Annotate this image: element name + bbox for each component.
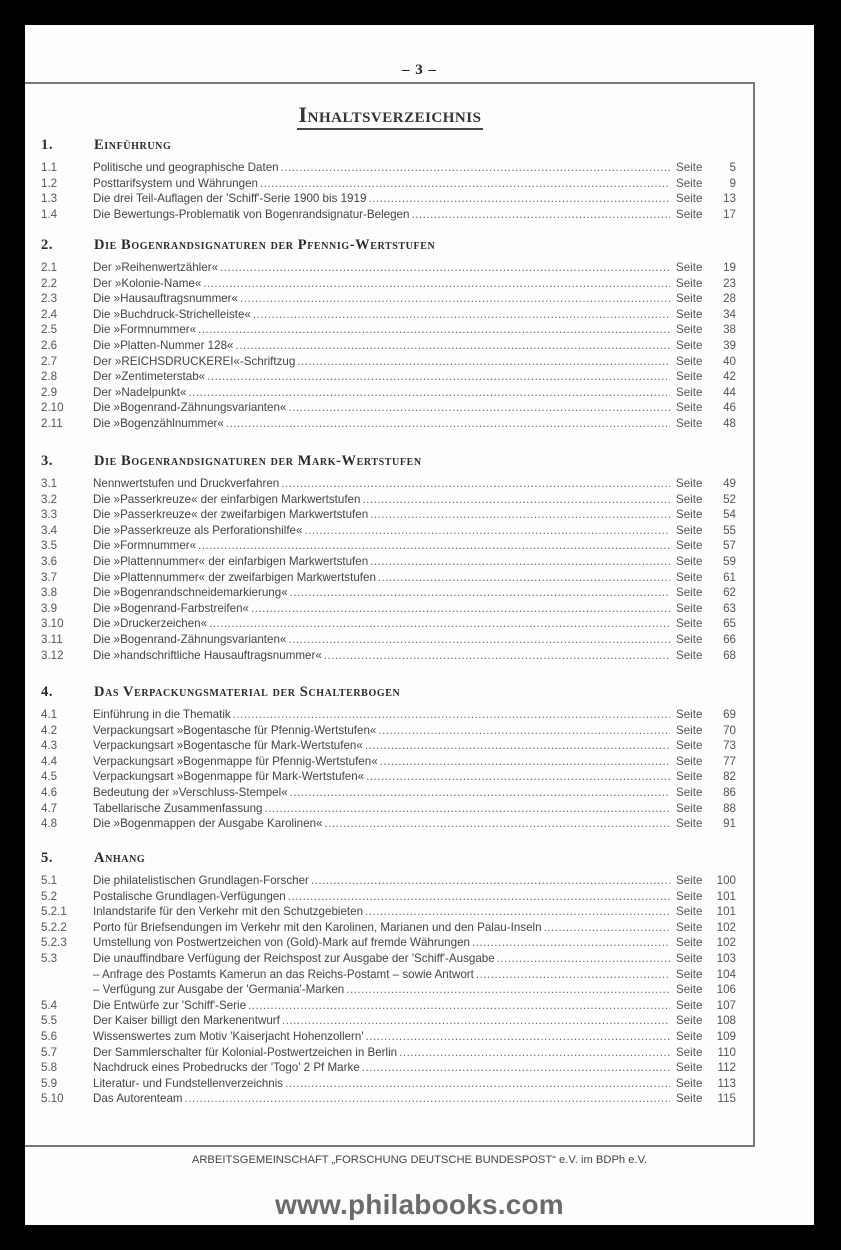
- toc-entry: 5.2.2Porto für Briefsendungen im Verkehr…: [41, 921, 736, 937]
- entry-number: 2.9: [41, 386, 93, 399]
- toc-entry: 4.4Verpackungsart »Bogenmappe für Pfenni…: [41, 755, 736, 771]
- entry-title: Die Bewertungs-Problematik von Bogenrand…: [93, 208, 409, 221]
- entry-page-number: 44: [710, 386, 736, 399]
- entry-title: Tabellarische Zusammenfassung: [93, 802, 262, 815]
- dot-leader: [264, 802, 670, 815]
- dot-leader: [365, 739, 670, 752]
- entry-number: 3.12: [41, 649, 93, 662]
- toc-entry: 3.2Die »Passerkreuze« der einfarbigen Ma…: [41, 493, 736, 509]
- entry-number: 5.2: [41, 890, 93, 903]
- toc-section: 2.Die Bogenrandsignaturen der Pfennig-We…: [41, 237, 736, 433]
- dot-leader: [544, 921, 670, 934]
- entry-title: Die »Buchdruck-Strichelleiste«: [93, 308, 251, 321]
- entry-number: 5.5: [41, 1014, 93, 1027]
- entry-number: 5.10: [41, 1092, 93, 1105]
- section-heading: 1.Einführung: [41, 137, 736, 161]
- toc-entry: 2.2Der »Kolonie-Name«Seite23: [41, 277, 736, 293]
- entry-title: Die »Formnummer«: [93, 539, 196, 552]
- page-label: Seite: [676, 999, 710, 1012]
- entry-page-number: 46: [710, 401, 736, 414]
- entry-title: Der »Zentimeterstab«: [93, 370, 205, 383]
- section-title: Die Bogenrandsignaturen der Pfennig-Wert…: [94, 237, 435, 254]
- section-number: 2.: [41, 237, 94, 254]
- page-label: Seite: [676, 1014, 710, 1027]
- entry-number: 2.7: [41, 355, 93, 368]
- page-label: Seite: [676, 1030, 710, 1043]
- toc-entry: 3.12Die »handschriftliche Hausauftragsnu…: [41, 649, 736, 665]
- entry-title: – Anfrage des Postamts Kamerun an das Re…: [93, 968, 474, 981]
- page-label: Seite: [676, 802, 710, 815]
- page-label: Seite: [676, 508, 710, 521]
- entry-title: Die drei Teil-Auflagen der 'Schiff'-Seri…: [93, 192, 366, 205]
- entry-title: Die »Platten-Nummer 128«: [93, 339, 233, 352]
- entry-number: 4.6: [41, 786, 93, 799]
- entry-title: Der Sammlerschalter für Kolonial-Postwer…: [93, 1046, 397, 1059]
- dot-leader: [253, 308, 670, 321]
- entry-title: Verpackungsart »Bogentasche für Mark-Wer…: [93, 739, 363, 752]
- toc-entry: 2.5Die »Formnummer«Seite38: [41, 323, 736, 339]
- page-label: Seite: [676, 1046, 710, 1059]
- entry-title: Die »Plattennummer« der einfarbigen Mark…: [93, 555, 368, 568]
- toc-entry: 1.4Die Bewertungs-Problematik von Bogenr…: [41, 208, 736, 224]
- dot-leader: [366, 770, 670, 783]
- entry-number: 4.2: [41, 724, 93, 737]
- page-label: Seite: [676, 936, 710, 949]
- entry-page-number: 40: [710, 355, 736, 368]
- page-number: – 3 –: [25, 62, 814, 79]
- entry-page-number: 115: [710, 1092, 736, 1105]
- page-label: Seite: [676, 770, 710, 783]
- entry-title: Die philatelistischen Grundlagen-Forsche…: [93, 874, 309, 887]
- entry-title: Die »Bogenrand-Farbstreifen«: [93, 602, 249, 615]
- entry-title: Das Autorenteam: [93, 1092, 183, 1105]
- entry-number: 5.7: [41, 1046, 93, 1059]
- dot-leader: [324, 817, 670, 830]
- toc-entry: 5.8Nachdruck eines Probedrucks der 'Togo…: [41, 1061, 736, 1077]
- entry-page-number: 19: [710, 261, 736, 274]
- section-title: Einführung: [94, 137, 171, 154]
- entry-title: Wissenswertes zum Motiv 'Kaiserjacht Hoh…: [93, 1030, 364, 1043]
- entry-title: Die »Passerkreuze als Perforationshilfe«: [93, 524, 302, 537]
- toc-entry: 2.6Die »Platten-Nummer 128«Seite39: [41, 339, 736, 355]
- entry-title: Porto für Briefsendungen im Verkehr mit …: [93, 921, 542, 934]
- dot-leader: [346, 983, 670, 996]
- toc-entry: 4.6Bedeutung der »Verschluss-Stempel«Sei…: [41, 786, 736, 802]
- page-label: Seite: [676, 177, 710, 190]
- dot-leader: [297, 355, 670, 368]
- entry-page-number: 88: [710, 802, 736, 815]
- entry-number: 5.6: [41, 1030, 93, 1043]
- dot-leader: [380, 755, 670, 768]
- dot-leader: [185, 1092, 670, 1105]
- page-label: Seite: [676, 386, 710, 399]
- toc-entry: 5.7Der Sammlerschalter für Kolonial-Post…: [41, 1046, 736, 1062]
- toc-entry: – Anfrage des Postamts Kamerun an das Re…: [41, 968, 736, 984]
- page-label: Seite: [676, 401, 710, 414]
- entry-title: Die »Hausauftragsnummer«: [93, 292, 238, 305]
- entry-title: Der »Reihenwertzähler«: [93, 261, 218, 274]
- entry-number: 5.3: [41, 952, 93, 965]
- entry-page-number: 106: [710, 983, 736, 996]
- entry-number: 2.5: [41, 323, 93, 336]
- entry-number: 5.2.1: [41, 905, 93, 918]
- page-label: Seite: [676, 905, 710, 918]
- dot-leader: [281, 477, 670, 490]
- page-label: Seite: [676, 277, 710, 290]
- entry-number: 4.1: [41, 708, 93, 721]
- dot-leader: [368, 192, 670, 205]
- entry-page-number: 112: [710, 1061, 736, 1074]
- dot-leader: [251, 602, 670, 615]
- toc-entry: 2.10Die »Bogenrand-Zähnungsvarianten«Sei…: [41, 401, 736, 417]
- page-label: Seite: [676, 161, 710, 174]
- toc-entry: 3.6Die »Plattennummer« der einfarbigen M…: [41, 555, 736, 571]
- toc-entry: 3.7Die »Plattennummer« der zweifarbigen …: [41, 571, 736, 587]
- entry-page-number: 69: [710, 708, 736, 721]
- toc-entry: 5.2.3Umstellung von Postwertzeichen von …: [41, 936, 736, 952]
- entry-page-number: 101: [710, 905, 736, 918]
- toc-section: 3.Die Bogenrandsignaturen der Mark-Werts…: [41, 453, 736, 664]
- entry-title: Umstellung von Postwertzeichen von (Gold…: [93, 936, 470, 949]
- entry-page-number: 107: [710, 999, 736, 1012]
- section-heading: 2.Die Bogenrandsignaturen der Pfennig-We…: [41, 237, 736, 261]
- toc-entry: 2.9Der »Nadelpunkt«Seite44: [41, 386, 736, 402]
- entry-page-number: 70: [710, 724, 736, 737]
- section-number: 1.: [41, 137, 94, 154]
- entry-number: 3.5: [41, 539, 93, 552]
- entry-page-number: 59: [710, 555, 736, 568]
- page-label: Seite: [676, 192, 710, 205]
- section-number: 3.: [41, 453, 94, 470]
- dot-leader: [304, 524, 670, 537]
- entry-page-number: 5: [710, 161, 736, 174]
- entry-page-number: 110: [710, 1046, 736, 1059]
- entry-page-number: 102: [710, 936, 736, 949]
- page-label: Seite: [676, 1092, 710, 1105]
- dot-leader: [378, 571, 670, 584]
- entry-page-number: 66: [710, 633, 736, 646]
- toc-entry: 1.3Die drei Teil-Auflagen der 'Schiff'-S…: [41, 192, 736, 208]
- page-label: Seite: [676, 724, 710, 737]
- toc-entry: 5.5Der Kaiser billigt den MarkenentwurfS…: [41, 1014, 736, 1030]
- entry-title: Der »Nadelpunkt«: [93, 386, 186, 399]
- entry-title: Postalische Grundlagen-Verfügungen: [93, 890, 286, 903]
- dot-leader: [233, 708, 670, 721]
- entry-number: 2.2: [41, 277, 93, 290]
- entry-title: Verpackungsart »Bogentasche für Pfennig-…: [93, 724, 376, 737]
- section-number: 5.: [41, 850, 94, 867]
- page-label: Seite: [676, 786, 710, 799]
- dot-leader: [220, 261, 670, 274]
- page-title-text: Inhaltsverzeichnis: [297, 102, 484, 130]
- page-label: Seite: [676, 339, 710, 352]
- dot-leader: [399, 1046, 670, 1059]
- website-watermark: www.philabooks.com: [25, 1189, 814, 1221]
- entry-number: 5.2.3: [41, 936, 93, 949]
- entry-page-number: 42: [710, 370, 736, 383]
- dot-leader: [282, 1014, 670, 1027]
- page-label: Seite: [676, 586, 710, 599]
- toc-section: 4.Das Verpackungsmaterial der Schalterbo…: [41, 684, 736, 833]
- toc-entry: 2.8Der »Zentimeterstab«Seite42: [41, 370, 736, 386]
- entry-number: 5.1: [41, 874, 93, 887]
- toc-section: 5.Anhang5.1Die philatelistischen Grundla…: [41, 850, 736, 1108]
- entry-title: Der »Kolonie-Name«: [93, 277, 201, 290]
- toc-entry: 3.3Die »Passerkreuze« der zweifarbigen M…: [41, 508, 736, 524]
- page-label: Seite: [676, 755, 710, 768]
- dot-leader: [226, 417, 670, 430]
- toc-entry: 3.1Nennwertstufen und DruckverfahrenSeit…: [41, 477, 736, 493]
- entry-title: Die »Plattennummer« der zweifarbigen Mar…: [93, 571, 376, 584]
- entry-number: 5.4: [41, 999, 93, 1012]
- section-number: 4.: [41, 684, 94, 701]
- dot-leader: [472, 936, 670, 949]
- toc-entry: 2.1Der »Reihenwertzähler«Seite19: [41, 261, 736, 277]
- dot-leader: [198, 539, 670, 552]
- entry-title: Einführung in die Thematik: [93, 708, 231, 721]
- page-label: Seite: [676, 1077, 710, 1090]
- toc-entry: 4.5Verpackungsart »Bogenmappe für Mark-W…: [41, 770, 736, 786]
- dot-leader: [198, 323, 670, 336]
- entry-title: Die »Druckerzeichen«: [93, 617, 207, 630]
- dot-leader: [311, 874, 670, 887]
- dot-leader: [285, 1077, 670, 1090]
- entry-page-number: 103: [710, 952, 736, 965]
- entry-title: Die »Bogenmappen der Ausgabe Karolinen«: [93, 817, 322, 830]
- toc-entry: 4.1Einführung in die ThematikSeite69: [41, 708, 736, 724]
- dot-leader: [260, 177, 670, 190]
- page-label: Seite: [676, 708, 710, 721]
- entry-title: Inlandstarife für den Verkehr mit den Sc…: [93, 905, 363, 918]
- entry-number: 2.11: [41, 417, 93, 430]
- entry-page-number: 57: [710, 539, 736, 552]
- dot-leader: [362, 1061, 670, 1074]
- toc-entry: 4.8Die »Bogenmappen der Ausgabe Karoline…: [41, 817, 736, 833]
- toc-entry: 2.4Die »Buchdruck-Strichelleiste«Seite34: [41, 308, 736, 324]
- entry-title: Die »Bogenrand-Zähnungsvarianten«: [93, 633, 286, 646]
- toc-entry: 1.2Posttarifsystem und WährungenSeite9: [41, 177, 736, 193]
- entry-title: Verpackungsart »Bogenmappe für Pfennig-W…: [93, 755, 378, 768]
- entry-number: 5.2.2: [41, 921, 93, 934]
- page-label: Seite: [676, 493, 710, 506]
- entry-page-number: 82: [710, 770, 736, 783]
- page-label: Seite: [676, 739, 710, 752]
- entry-number: 4.4: [41, 755, 93, 768]
- page-label: Seite: [676, 539, 710, 552]
- entry-number: 5.8: [41, 1061, 93, 1074]
- page-label: Seite: [676, 649, 710, 662]
- page-label: Seite: [676, 323, 710, 336]
- entry-number: 2.4: [41, 308, 93, 321]
- entry-page-number: 109: [710, 1030, 736, 1043]
- entry-page-number: 13: [710, 192, 736, 205]
- entry-page-number: 62: [710, 586, 736, 599]
- toc-entry: 2.3Die »Hausauftragsnummer«Seite28: [41, 292, 736, 308]
- entry-page-number: 38: [710, 323, 736, 336]
- entry-number: 3.7: [41, 571, 93, 584]
- dot-leader: [203, 277, 670, 290]
- dot-leader: [281, 161, 670, 174]
- entry-title: Verpackungsart »Bogenmappe für Mark-Wert…: [93, 770, 364, 783]
- dot-leader: [362, 493, 670, 506]
- entry-number: 4.5: [41, 770, 93, 783]
- entry-title: Die »Formnummer«: [93, 323, 196, 336]
- entry-page-number: 61: [710, 571, 736, 584]
- entry-number: 5.9: [41, 1077, 93, 1090]
- entry-page-number: 48: [710, 417, 736, 430]
- toc-entry: 3.8Die »Bogenrandschneidemarkierung«Seit…: [41, 586, 736, 602]
- toc-entry: 5.2Postalische Grundlagen-VerfügungenSei…: [41, 890, 736, 906]
- dot-leader: [207, 370, 670, 383]
- page-label: Seite: [676, 921, 710, 934]
- dot-leader: [288, 401, 670, 414]
- entry-number: 2.6: [41, 339, 93, 352]
- dot-leader: [497, 952, 670, 965]
- toc-entry: 5.1Die philatelistischen Grundlagen-Fors…: [41, 874, 736, 890]
- entry-page-number: 73: [710, 739, 736, 752]
- entry-title: Nachdruck eines Probedrucks der 'Togo' 2…: [93, 1061, 360, 1074]
- page-label: Seite: [676, 208, 710, 221]
- entry-number: 3.8: [41, 586, 93, 599]
- dot-leader: [290, 586, 670, 599]
- page-label: Seite: [676, 571, 710, 584]
- entry-title: Die Entwürfe zur 'Schiff'-Serie: [93, 999, 246, 1012]
- entry-page-number: 9: [710, 177, 736, 190]
- page-label: Seite: [676, 417, 710, 430]
- toc-entry: 1.1Politische und geographische DatenSei…: [41, 161, 736, 177]
- toc-entry: 2.7Der »REICHSDRUCKEREI«-SchriftzugSeite…: [41, 355, 736, 371]
- entry-number: 2.1: [41, 261, 93, 274]
- entry-number: 1.1: [41, 161, 93, 174]
- entry-page-number: 52: [710, 493, 736, 506]
- section-heading: 3.Die Bogenrandsignaturen der Mark-Werts…: [41, 453, 736, 477]
- dot-leader: [290, 786, 670, 799]
- entry-page-number: 54: [710, 508, 736, 521]
- entry-page-number: 86: [710, 786, 736, 799]
- entry-page-number: 49: [710, 477, 736, 490]
- dot-leader: [365, 905, 670, 918]
- entry-title: Bedeutung der »Verschluss-Stempel«: [93, 786, 288, 799]
- entry-title: Die »Passerkreuze« der zweifarbigen Mark…: [93, 508, 368, 521]
- entry-title: Die unauffindbare Verfügung der Reichspo…: [93, 952, 495, 965]
- entry-number: 3.9: [41, 602, 93, 615]
- entry-page-number: 104: [710, 968, 736, 981]
- page-label: Seite: [676, 952, 710, 965]
- dot-leader: [378, 724, 670, 737]
- toc-entry: 3.11Die »Bogenrand-Zähnungsvarianten«Sei…: [41, 633, 736, 649]
- entry-page-number: 55: [710, 524, 736, 537]
- dot-leader: [248, 999, 670, 1012]
- entry-title: Der Kaiser billigt den Markenentwurf: [93, 1014, 280, 1027]
- dot-leader: [209, 617, 670, 630]
- toc-entry: – Verfügung zur Ausgabe der 'Germania'-M…: [41, 983, 736, 999]
- page-label: Seite: [676, 1061, 710, 1074]
- page-label: Seite: [676, 261, 710, 274]
- toc-entry: 5.4Die Entwürfe zur 'Schiff'-SerieSeite1…: [41, 999, 736, 1015]
- entry-number: 1.3: [41, 192, 93, 205]
- toc-entry: 2.11Die »Bogenzählnummer«Seite48: [41, 417, 736, 433]
- entry-number: 3.2: [41, 493, 93, 506]
- entry-page-number: 17: [710, 208, 736, 221]
- page-label: Seite: [676, 617, 710, 630]
- entry-title: – Verfügung zur Ausgabe der 'Germania'-M…: [93, 983, 344, 996]
- entry-number: 2.3: [41, 292, 93, 305]
- page-label: Seite: [676, 370, 710, 383]
- entry-number: 2.8: [41, 370, 93, 383]
- dot-leader: [370, 555, 670, 568]
- entry-number: 1.2: [41, 177, 93, 190]
- entry-title: Nennwertstufen und Druckverfahren: [93, 477, 279, 490]
- page-label: Seite: [676, 890, 710, 903]
- entry-page-number: 63: [710, 602, 736, 615]
- entry-number: 3.1: [41, 477, 93, 490]
- page-label: Seite: [676, 874, 710, 887]
- page-label: Seite: [676, 983, 710, 996]
- publisher-footer: ARBEITSGEMEINSCHAFT „FORSCHUNG DEUTSCHE …: [25, 1154, 814, 1166]
- dot-leader: [324, 649, 670, 662]
- entry-title: Die »Bogenzählnummer«: [93, 417, 224, 430]
- page-title: Inhaltsverzeichnis: [25, 102, 755, 128]
- entry-number: 2.10: [41, 401, 93, 414]
- section-title: Anhang: [94, 850, 145, 867]
- entry-number: 4.7: [41, 802, 93, 815]
- entry-number: 1.4: [41, 208, 93, 221]
- dot-leader: [476, 968, 670, 981]
- entry-page-number: 77: [710, 755, 736, 768]
- toc-entry: 3.9Die »Bogenrand-Farbstreifen«Seite63: [41, 602, 736, 618]
- toc-entry: 3.4Die »Passerkreuze als Perforationshil…: [41, 524, 736, 540]
- entry-number: 3.11: [41, 633, 93, 646]
- entry-number: 4.8: [41, 817, 93, 830]
- entry-page-number: 91: [710, 817, 736, 830]
- entry-page-number: 113: [710, 1077, 736, 1090]
- page-label: Seite: [676, 292, 710, 305]
- entry-number: 3.3: [41, 508, 93, 521]
- page-label: Seite: [676, 355, 710, 368]
- dot-leader: [411, 208, 670, 221]
- toc-entry: 5.2.1Inlandstarife für den Verkehr mit d…: [41, 905, 736, 921]
- dot-leader: [235, 339, 670, 352]
- section-title: Die Bogenrandsignaturen der Mark-Wertstu…: [94, 453, 422, 470]
- entry-title: Die »Passerkreuze« der einfarbigen Markw…: [93, 493, 360, 506]
- toc-section: 1.Einführung1.1Politische und geographis…: [41, 137, 736, 223]
- entry-number: 3.4: [41, 524, 93, 537]
- toc-entry: 5.9Literatur- und Fundstellenverzeichnis…: [41, 1077, 736, 1093]
- entry-number: 3.10: [41, 617, 93, 630]
- page-label: Seite: [676, 602, 710, 615]
- entry-page-number: 100: [710, 874, 736, 887]
- entry-title: Der »REICHSDRUCKEREI«-Schriftzug: [93, 355, 295, 368]
- section-title: Das Verpackungsmaterial der Schalterboge…: [94, 684, 400, 701]
- dot-leader: [288, 633, 670, 646]
- entry-page-number: 34: [710, 308, 736, 321]
- toc-entry: 5.10Das AutorenteamSeite115: [41, 1092, 736, 1108]
- toc-entry: 5.3Die unauffindbare Verfügung der Reich…: [41, 952, 736, 968]
- entry-title: Politische und geographische Daten: [93, 161, 279, 174]
- toc-entry: 3.5Die »Formnummer«Seite57: [41, 539, 736, 555]
- entry-page-number: 102: [710, 921, 736, 934]
- page-label: Seite: [676, 524, 710, 537]
- page-label: Seite: [676, 555, 710, 568]
- dot-leader: [288, 890, 670, 903]
- dot-leader: [188, 386, 670, 399]
- entry-title: Posttarifsystem und Währungen: [93, 177, 258, 190]
- entry-number: 4.3: [41, 739, 93, 752]
- entry-page-number: 101: [710, 890, 736, 903]
- entry-title: Die »Bogenrand-Zähnungsvarianten«: [93, 401, 286, 414]
- entry-page-number: 65: [710, 617, 736, 630]
- dot-leader: [370, 508, 670, 521]
